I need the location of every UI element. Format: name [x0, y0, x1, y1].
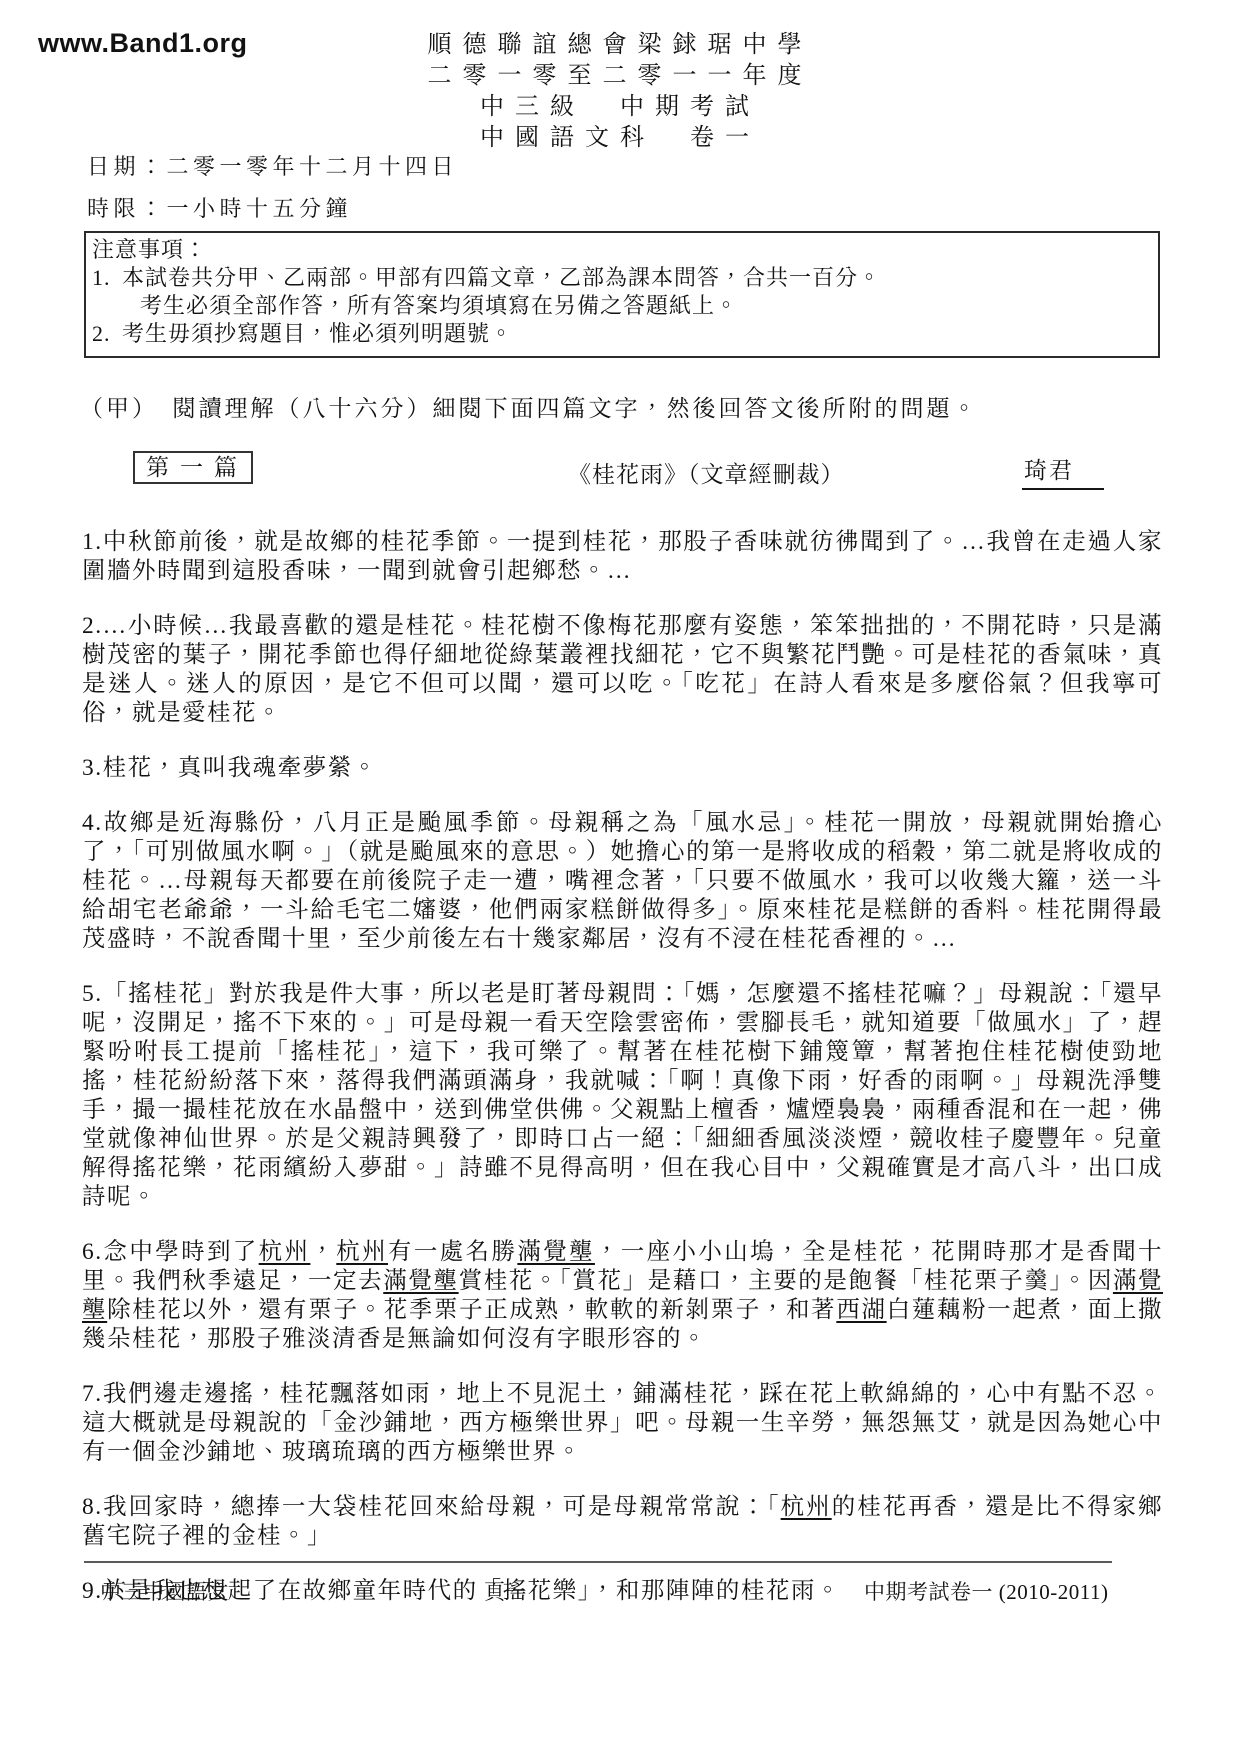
- passage-paragraph: 3.桂花，真叫我魂牽夢縈。: [82, 754, 1163, 783]
- notice-item-text: 本試卷共分甲、乙兩部。甲部有四篇文章，乙部為課本問答，合共一百分。: [122, 264, 881, 292]
- passage-label: 第一篇: [133, 451, 253, 484]
- notice-box: 注意事項： 1. 本試卷共分甲、乙兩部。甲部有四篇文章，乙部為課本問答，合共一百…: [84, 231, 1160, 358]
- notice-item-1: 1. 本試卷共分甲、乙兩部。甲部有四篇文章，乙部為課本問答，合共一百分。: [92, 264, 1150, 292]
- passage-author: 琦君: [1022, 452, 1104, 490]
- passage-paragraph: 6.念中學時到了杭州，杭州有一處名勝滿覺壟，一座小小山塢，全是桂花，花開時那才是…: [82, 1238, 1163, 1354]
- notice-item-1-continued: 考生必須全部作答，所有答案均須填寫在另備之答題紙上。: [92, 292, 1150, 320]
- footer-divider: [84, 1561, 1112, 1563]
- passage-paragraph: 7.我們邊走邊搖，桂花飄落如雨，地上不見泥土，鋪滿桂花，踩在花上軟綿綿的，心中有…: [82, 1380, 1163, 1467]
- school-name: 順德聯誼總會梁銶琚中學: [0, 30, 1240, 61]
- exam-date: 日期：二零一零年十二月十四日: [87, 150, 458, 181]
- passage-paragraphs: 1.中秋節前後，就是故鄉的桂花季節。一提到桂花，那股子香味就彷彿聞到了。…我曾在…: [82, 528, 1163, 1632]
- footer-page-number: 頁一: [484, 1576, 527, 1606]
- passage-paragraph: 1.中秋節前後，就是故鄉的桂花季節。一提到桂花，那股子香味就彷彿聞到了。…我曾在…: [82, 528, 1163, 586]
- notice-title: 注意事項：: [92, 236, 1150, 264]
- section-a-instruction: （甲） 閱讀理解（八十六分）細閱下面四篇文字，然後回答文後所附的問題。: [80, 390, 979, 423]
- passage-paragraph: 5.「搖桂花」對於我是件大事，所以老是盯著母親問：「媽，怎麼還不搖桂花嘛？」母親…: [82, 980, 1163, 1212]
- footer-exam-ref: 中期考試卷一 (2010-2011): [864, 1576, 1108, 1606]
- exam-header: 順德聯誼總會梁銶琚中學 二零一零至二零一一年度 中三級 中期考試 中國語文科 卷…: [0, 30, 1240, 154]
- notice-item-number: 1.: [92, 264, 122, 292]
- exam-paper-page: www.Band1.org 順德聯誼總會梁銶琚中學 二零一零至二零一一年度 中三…: [0, 0, 1240, 1754]
- notice-item-text: 考生必須全部作答，所有答案均須填寫在另備之答題紙上。: [122, 292, 738, 320]
- exam-level: 中三級 中期考試: [0, 92, 1240, 123]
- passage-paragraph: 4.故鄉是近海縣份，八月正是颱風季節。母親稱之為「風水忌」。桂花一開放，母親就開…: [82, 809, 1163, 954]
- notice-item-number: 2.: [92, 320, 122, 348]
- notice-item-text: 考生毋須抄寫題目，惟必須列明題號。: [122, 320, 513, 348]
- passage-paragraph: 2.…小時候…我最喜歡的還是桂花。桂花樹不像梅花那麼有姿態，笨笨拙拙的，不開花時…: [82, 612, 1163, 728]
- academic-year: 二零一零至二零一一年度: [0, 61, 1240, 92]
- footer-course-name: 中三中國語文: [100, 1576, 229, 1606]
- notice-item-2: 2. 考生毋須抄寫題目，惟必須列明題號。: [92, 320, 1150, 348]
- passage-title: 《桂花雨》（文章經刪裁）: [568, 456, 845, 489]
- exam-duration: 時限：一小時十五分鐘: [87, 192, 352, 223]
- passage-paragraph: 8.我回家時，總捧一大袋桂花回來給母親，可是母親常常說：「杭州的桂花再香，還是比…: [82, 1493, 1163, 1551]
